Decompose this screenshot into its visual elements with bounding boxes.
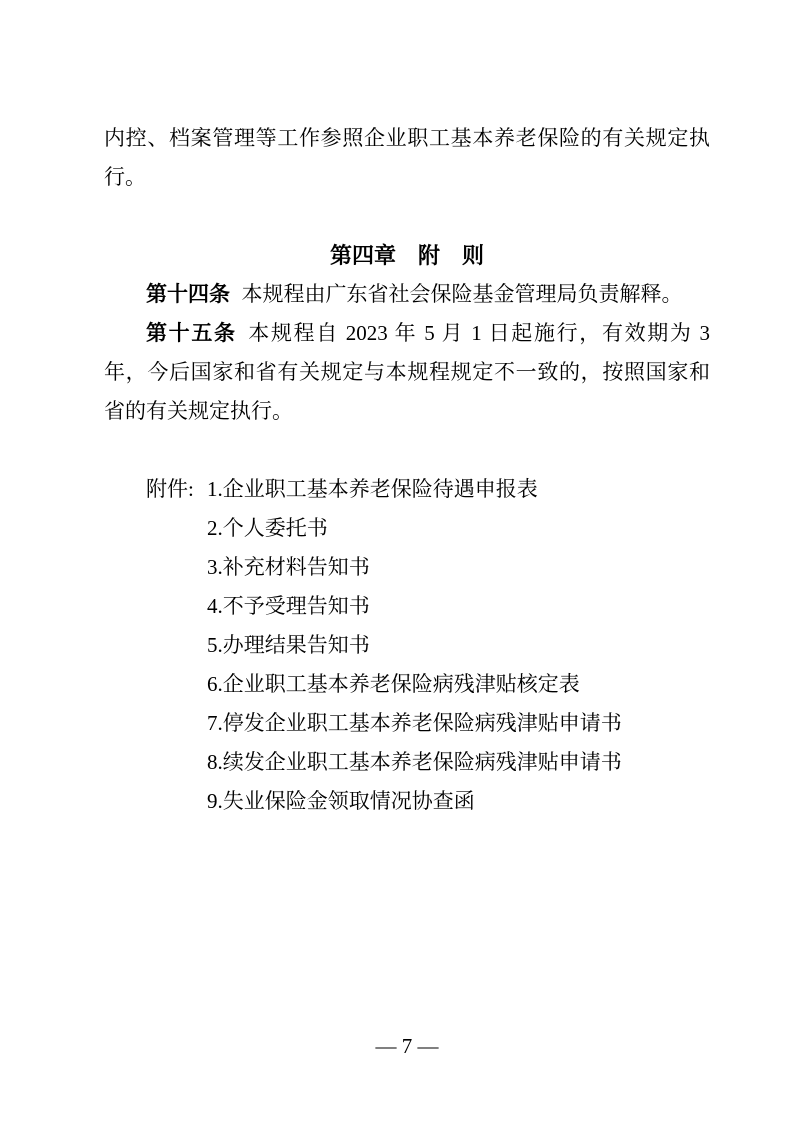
attachment-item-8: 8.续发企业职工基本养老保险病残津贴申请书 <box>207 743 710 782</box>
attachment-item-6: 6.企业职工基本养老保险病残津贴核定表 <box>207 665 710 704</box>
attachment-item-1: 1.企业职工基本养老保险待遇申报表 <box>207 470 710 509</box>
attachments-section: 附件: 1.企业职工基本养老保险待遇申报表 2.个人委托书 3.补充材料告知书 … <box>104 470 710 821</box>
attachments-label: 附件: <box>146 470 194 509</box>
attachment-item-5: 5.办理结果告知书 <box>207 626 710 665</box>
continuation-paragraph: 内控、档案管理等工作参照企业职工基本养老保险的有关规定执行。 <box>104 119 710 197</box>
attachment-item-4: 4.不予受理告知书 <box>207 587 710 626</box>
chapter-heading: 第四章 附 则 <box>104 236 710 275</box>
article-15-paragraph: 第十五条本规程自 2023 年 5 月 1 日起施行，有效期为 3 年，今后国家… <box>104 314 710 431</box>
article-14-term: 第十四条 <box>146 282 230 306</box>
page-content: 内控、档案管理等工作参照企业职工基本养老保险的有关规定执行。 第四章 附 则 第… <box>104 119 710 821</box>
article-15-term: 第十五条 <box>146 321 237 345</box>
page-number: — 7 — <box>104 1027 710 1066</box>
document-page: 内控、档案管理等工作参照企业职工基本养老保险的有关规定执行。 第四章 附 则 第… <box>0 0 794 1123</box>
article-14-text: 本规程由广东省社会保险基金管理局负责解释。 <box>242 282 683 306</box>
attachment-item-3: 3.补充材料告知书 <box>207 548 710 587</box>
attachment-item-2: 2.个人委托书 <box>207 509 710 548</box>
article-14-paragraph: 第十四条本规程由广东省社会保险基金管理局负责解释。 <box>104 275 710 314</box>
attachment-item-7: 7.停发企业职工基本养老保险病残津贴申请书 <box>207 704 710 743</box>
attachment-item-9: 9.失业保险金领取情况协查函 <box>207 782 710 821</box>
